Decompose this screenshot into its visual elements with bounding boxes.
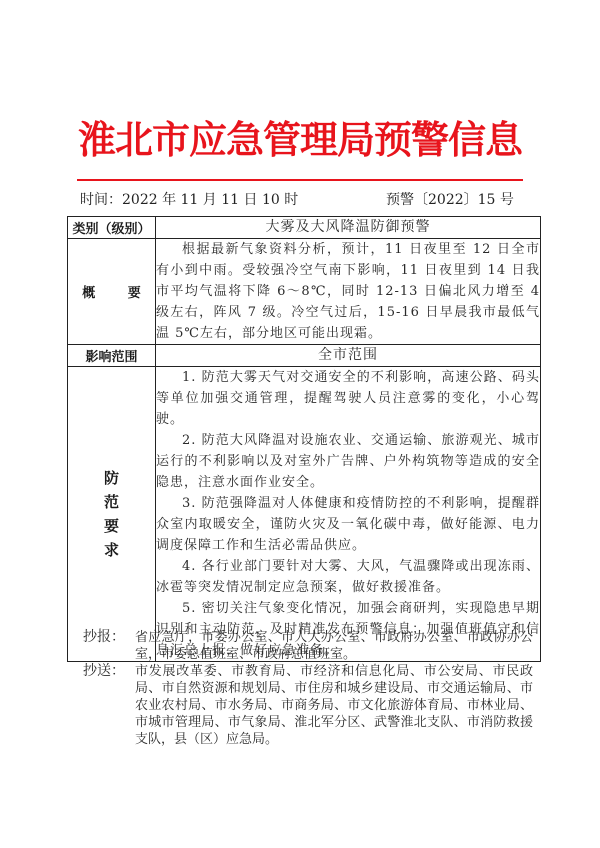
requirement-item: 3. 防范强降温对人体健康和疫情防控的不利影响，提醒群众室内取暖安全，谨防火灾及… [156,493,540,556]
requirement-item: 1. 防范大雾天气对交通安全的不利影响，高速公路、码头等单位加强交通管理，提醒驾… [156,367,540,430]
document-title: 淮北市应急管理局预警信息 [72,112,528,168]
requirements-label-line1: 防 范 [68,466,155,514]
copy-to-list: 市发展改革委、市教育局、市经济和信息化局、市公安局、市民政局、市自然资源和规划局… [135,663,533,748]
report-to-label: 抄报： [83,629,125,646]
warning-info-table: 类别（级别） 大雾及大风降温防御预警 概 要 根据最新气象资料分析，预计，11 … [67,216,541,662]
table-row-requirements: 防 范 要 求 1. 防范大雾天气对交通安全的不利影响，高速公路、码头等单位加强… [68,367,541,662]
table-row-scope: 影响范围 全市范围 [68,345,541,367]
requirement-item: 4. 各行业部门要针对大雾、大风，气温骤降或出现冻雨、冰雹等突发情况制定应急预案… [156,556,540,598]
issue-time: 时间：2022 年 11 月 11 日 10 时 [80,190,298,210]
category-label: 类别（级别） [68,217,156,239]
red-divider-rule [77,179,523,181]
scope-value: 全市范围 [156,345,541,367]
scope-label: 影响范围 [68,345,156,367]
table-row-summary: 概 要 根据最新气象资料分析，预计，11 日夜里至 12 日全市有小到中雨。受较… [68,239,541,345]
requirements-label-line2: 要 求 [68,514,155,562]
document-page: 淮北市应急管理局预警信息 时间：2022 年 11 月 11 日 10 时 预警… [0,0,600,848]
summary-paragraph: 根据最新气象资料分析，预计，11 日夜里至 12 日全市有小到中雨。受较强冷空气… [156,239,540,344]
report-to-section: 抄报： 省应急厅，市委办公室、市人大办公室、市政府办公室、市政协办公室，市委总值… [83,629,533,663]
table-row-category: 类别（级别） 大雾及大风降温防御预警 [68,217,541,239]
requirements-content: 1. 防范大雾天气对交通安全的不利影响，高速公路、码头等单位加强交通管理，提醒驾… [156,367,541,662]
copy-to-label: 抄送： [83,663,125,680]
report-to-list: 省应急厅，市委办公室、市人大办公室、市政府办公室、市政协办公室，市委总值班室、市… [135,629,533,663]
copy-to-section: 抄送： 市发展改革委、市教育局、市经济和信息化局、市公安局、市民政局、市自然资源… [83,663,533,748]
requirement-item: 2. 防范大风降温对设施农业、交通运输、旅游观光、城市运行的不利影响以及对室外广… [156,430,540,493]
document-number: 预警〔2022〕15 号 [386,190,514,210]
summary-label: 概 要 [68,286,155,301]
category-value: 大雾及大风降温防御预警 [156,217,541,239]
summary-content: 根据最新气象资料分析，预计，11 日夜里至 12 日全市有小到中雨。受较强冷空气… [156,239,541,345]
